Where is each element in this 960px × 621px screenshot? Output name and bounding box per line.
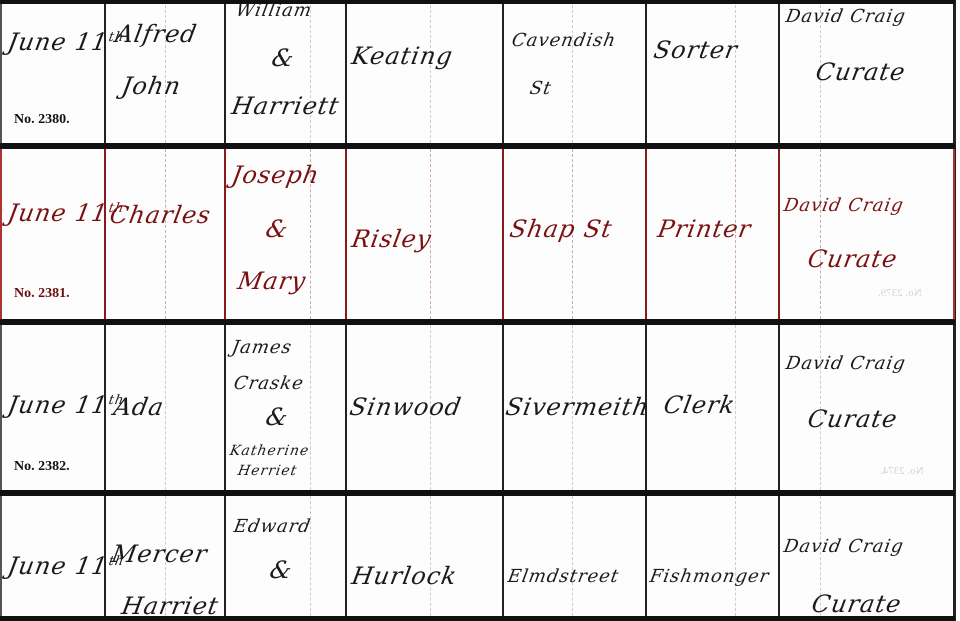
abode-line-1: Cavendish [510, 30, 618, 51]
top-rule [0, 0, 955, 4]
bottom-rule [0, 616, 955, 621]
mother-name: Mary [236, 267, 309, 295]
profession: Sorter [652, 36, 741, 64]
mother-middle-name: Herriet [237, 463, 299, 479]
profession: Printer [656, 215, 754, 243]
officiant-title: Curate [810, 590, 904, 618]
profession: Clerk [662, 391, 738, 419]
baptism-date: June 11th [6, 391, 126, 419]
parents-ampersand: & [268, 556, 295, 584]
child-first-name: Mercer [110, 540, 210, 568]
abode-line-1: Shap St [508, 215, 615, 243]
officiant-title: Curate [806, 245, 900, 273]
register-page: June 11th No. 2380. Alfred John William … [0, 0, 960, 621]
surname: Hurlock [350, 562, 460, 590]
bleed-through-number: No. 2374. [880, 465, 924, 477]
mother-first-name: Katherine [229, 443, 311, 459]
surname: Risley [350, 225, 434, 253]
father-name: Edward [232, 516, 313, 537]
baptism-date: June 11th [6, 28, 126, 56]
parents-ampersand: & [264, 403, 291, 431]
child-first-name: Ada [112, 393, 167, 421]
officiant-name: David Craig [784, 6, 907, 27]
bleed-through-number: No. 2379. [878, 287, 922, 299]
father-name: Joseph [230, 161, 322, 189]
entry-number: No. 2382. [14, 459, 70, 475]
abode-line-1: Sivermeith [504, 393, 652, 421]
register-entry-2382: June 11th No. 2382. Ada James Craske & K… [0, 325, 955, 490]
register-entry-2381: June 11th No. 2381. Charles Joseph & Mar… [0, 149, 955, 319]
abode-line-1: Elmdstreet [506, 566, 621, 587]
father-middle-name: Craske [232, 373, 306, 394]
mother-name: Harriett [230, 92, 342, 120]
entry-number: No. 2380. [14, 112, 70, 128]
officiant-title: Curate [806, 405, 900, 433]
parents-ampersand: & [270, 44, 297, 72]
register-entry-partial: June 11th Mercer Harriet Edward & Hurloc… [0, 496, 955, 621]
child-first-name: Charles [108, 201, 214, 229]
child-middle-name: John [120, 72, 184, 100]
officiant-name: David Craig [784, 353, 907, 374]
father-first-name: James [230, 337, 294, 358]
officiant-title: Curate [814, 58, 908, 86]
officiant-name: David Craig [782, 536, 905, 557]
surname: Keating [350, 42, 456, 70]
abode-line-2: St [528, 78, 553, 99]
profession: Fishmonger [648, 566, 771, 587]
register-entry-2380: June 11th No. 2380. Alfred John William … [0, 0, 955, 143]
baptism-date: June 11th [6, 552, 126, 580]
officiant-name: David Craig [782, 195, 905, 216]
surname: Sinwood [348, 393, 464, 421]
entry-number: No. 2381. [14, 286, 70, 302]
child-first-name: Alfred [114, 20, 200, 48]
